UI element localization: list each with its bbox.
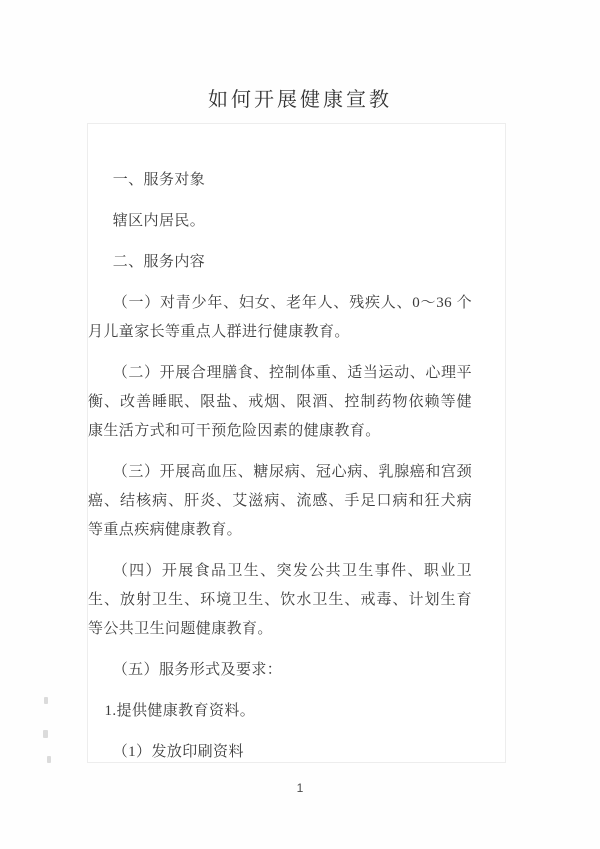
document-page: 如何开展健康宣教 一、服务对象 辖区内居民。 二、服务内容 （一）对青少年、妇女… [0,0,600,849]
scan-artifact [43,730,48,738]
paragraph: （三）开展高血压、糖尿病、冠心病、乳腺癌和宫颈癌、结核病、肝炎、艾滋病、流感、手… [88,458,472,545]
page-title: 如何开展健康宣教 [0,83,600,112]
paragraph-heading-2: 二、服务内容 [88,248,472,277]
paragraph: 1.提供健康教育资料。 [88,697,472,726]
page-number: 1 [0,781,600,795]
scan-artifact [44,697,48,704]
paragraph: （二）开展合理膳食、控制体重、适当运动、心理平衡、改善睡眠、限盐、戒烟、限酒、控… [88,359,472,446]
scan-artifact [47,756,51,763]
paragraph: 辖区内居民。 [88,207,472,236]
paragraph: （一）对青少年、妇女、老年人、残疾人、0～36 个月儿童家长等重点人群进行健康教… [88,289,472,347]
paragraph: （1）发放印刷资料 [88,738,472,767]
paragraph-heading-1: 一、服务对象 [88,166,472,195]
paragraph-heading-5: （五）服务形式及要求： [88,656,472,685]
document-body: 一、服务对象 辖区内居民。 二、服务内容 （一）对青少年、妇女、老年人、残疾人、… [88,166,472,779]
paragraph: （四）开展食品卫生、突发公共卫生事件、职业卫生、放射卫生、环境卫生、饮水卫生、戒… [88,557,472,644]
